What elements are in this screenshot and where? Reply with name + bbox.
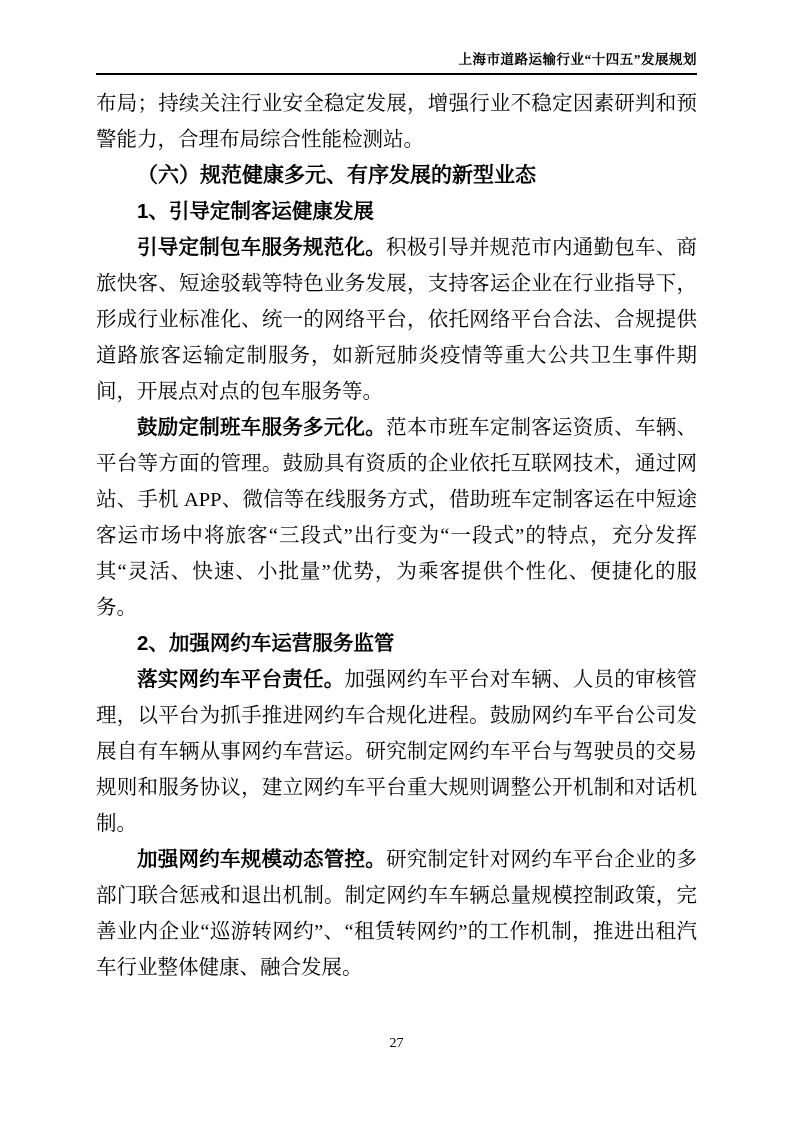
paragraph-text: 加强网约车平台对车辆、人员的审核管理，以平台为抓手推进网约车合规化进程。鼓励网约…	[96, 669, 697, 835]
paragraph-lead: 引导定制包车服务规范化。	[137, 237, 386, 259]
page-footer: 27	[0, 1035, 793, 1053]
header-title: 上海市道路运输行业“十四五”发展规划	[459, 52, 698, 67]
page-number: 27	[390, 1036, 404, 1051]
paragraph-lead: 落实网约车平台责任。	[137, 669, 345, 691]
subsection-heading-2: 2、加强网约车运营服务监管	[96, 626, 697, 662]
paragraph-continued: 布局；持续关注行业安全稳定发展，增强行业不稳定因素研判和预警能力，合理布局综合性…	[96, 86, 697, 158]
paragraph-lead: 鼓励定制班车服务多元化。	[137, 417, 386, 439]
paragraph: 鼓励定制班车服务多元化。范本市班车定制客运资质、车辆、平台等方面的管理。鼓励具有…	[96, 410, 697, 626]
paragraph-text: 范本市班车定制客运资质、车辆、平台等方面的管理。鼓励具有资质的企业依托互联网技术…	[96, 417, 697, 619]
document-body: 布局；持续关注行业安全稳定发展，增强行业不稳定因素研判和预警能力，合理布局综合性…	[96, 86, 697, 986]
section-heading-6: （六）规范健康多元、有序发展的新型业态	[96, 158, 697, 194]
page-header: 上海市道路运输行业“十四五”发展规划	[96, 50, 697, 75]
paragraph-text: 积极引导并规范市内通勤包车、商旅快客、短途驳载等特色业务发展，支持客运企业在行业…	[96, 237, 697, 403]
paragraph: 引导定制包车服务规范化。积极引导并规范市内通勤包车、商旅快客、短途驳载等特色业务…	[96, 230, 697, 410]
paragraph: 落实网约车平台责任。加强网约车平台对车辆、人员的审核管理，以平台为抓手推进网约车…	[96, 662, 697, 842]
paragraph: 加强网约车规模动态管控。研究制定针对网约车平台企业的多部门联合惩戒和退出机制。制…	[96, 842, 697, 986]
paragraph-lead: 加强网约车规模动态管控。	[137, 849, 386, 871]
subsection-heading-1: 1、引导定制客运健康发展	[96, 194, 697, 230]
document-page: 上海市道路运输行业“十四五”发展规划 布局；持续关注行业安全稳定发展，增强行业不…	[0, 0, 793, 1123]
